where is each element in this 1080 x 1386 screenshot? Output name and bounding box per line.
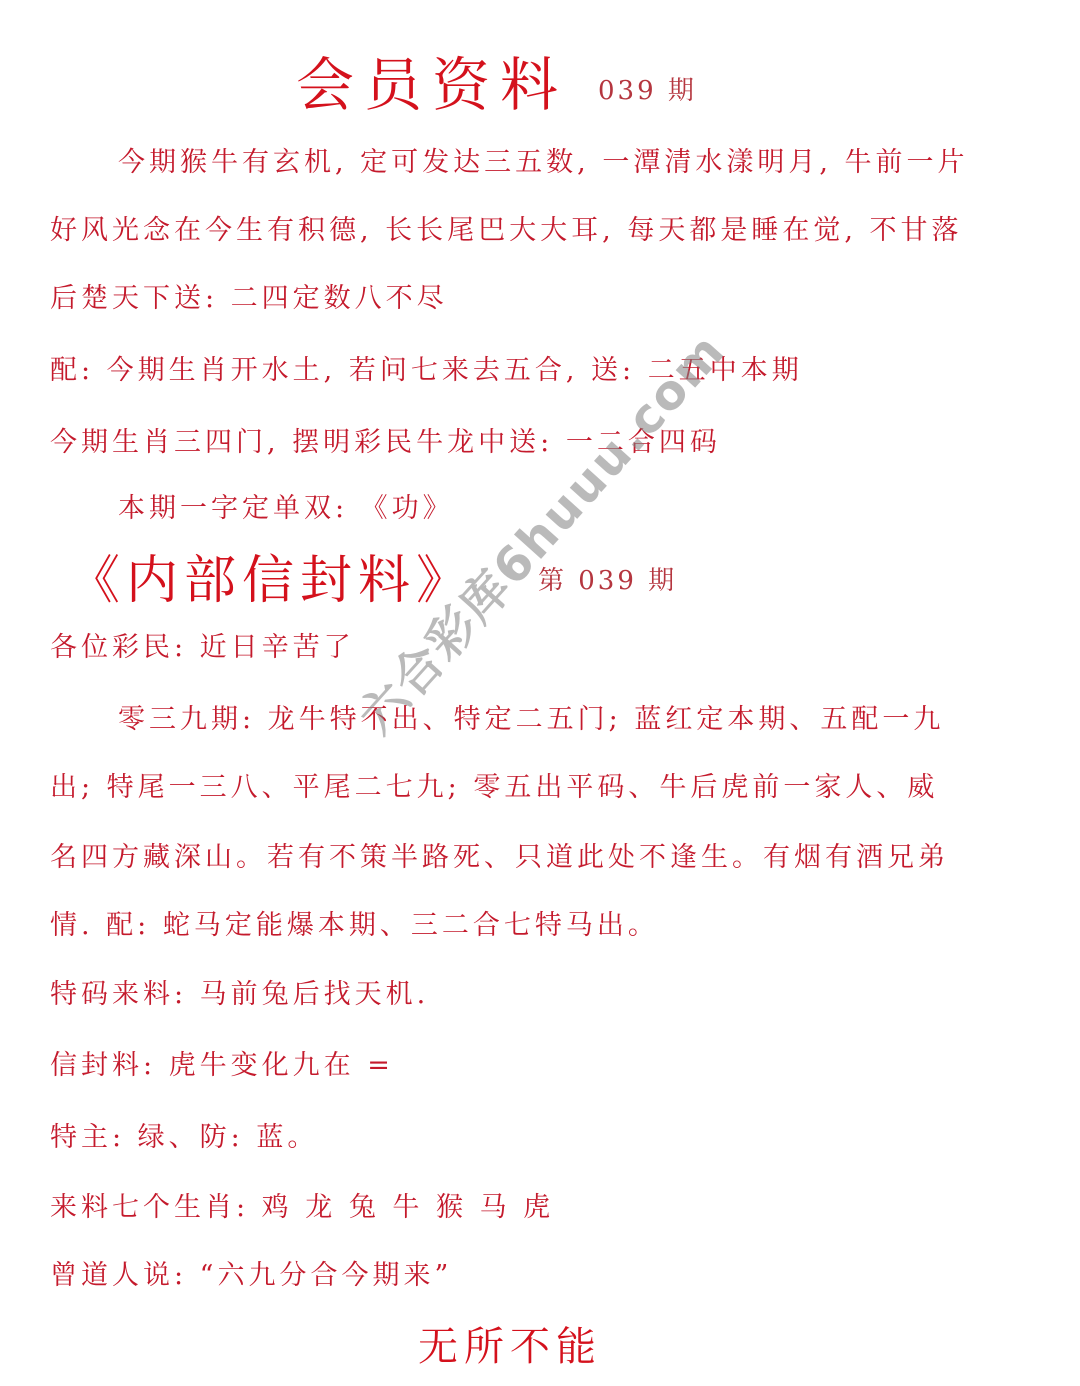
- text-line: 各位彩民: 近日辛苦了: [50, 625, 355, 664]
- text-line: 好风光念在今生有积德, 长长尾巴大大耳, 每天都是睡在觉, 不甘落: [50, 208, 963, 247]
- envelope-info-title: 《内部信封料》: [68, 538, 474, 613]
- text-line: 本期一字定单双: 《功》: [118, 486, 454, 525]
- text-line: 来料七个生肖: 鸡 龙 兔 牛 猴 马 虎: [50, 1185, 554, 1224]
- issue-number: 第 039 期: [538, 560, 677, 597]
- text-line: 信封料: 虎牛变化九在 =: [50, 1043, 394, 1082]
- text-line: 曾道人说: “六九分合今期来”: [50, 1253, 452, 1292]
- member-info-title: 会员资料: [296, 38, 568, 122]
- text-line: 特主: 绿、防: 蓝。: [50, 1115, 318, 1154]
- text-line: 名四方藏深山。若有不策半路死、只道此处不逢生。有烟有酒兄弟: [50, 835, 949, 874]
- text-line: 今期猴牛有玄机, 定可发达三五数, 一潭清水漾明月, 牛前一片: [118, 140, 969, 179]
- text-line: 零三九期: 龙牛特不出、特定二五门; 蓝红定本期、五配一九: [118, 697, 944, 736]
- text-line: 出; 特尾一三八、平尾二七九; 零五出平码、牛后虎前一家人、威: [50, 765, 938, 804]
- text-line: 后楚天下送: 二四定数八不尽: [50, 276, 448, 315]
- text-line: 特码来料: 马前兔后找天机.: [50, 972, 429, 1011]
- closing-slogan: 无所不能: [418, 1315, 602, 1372]
- issue-number: 039 期: [598, 70, 697, 107]
- text-line: 情. 配: 蛇马定能爆本期、三二合七特马出。: [50, 903, 659, 942]
